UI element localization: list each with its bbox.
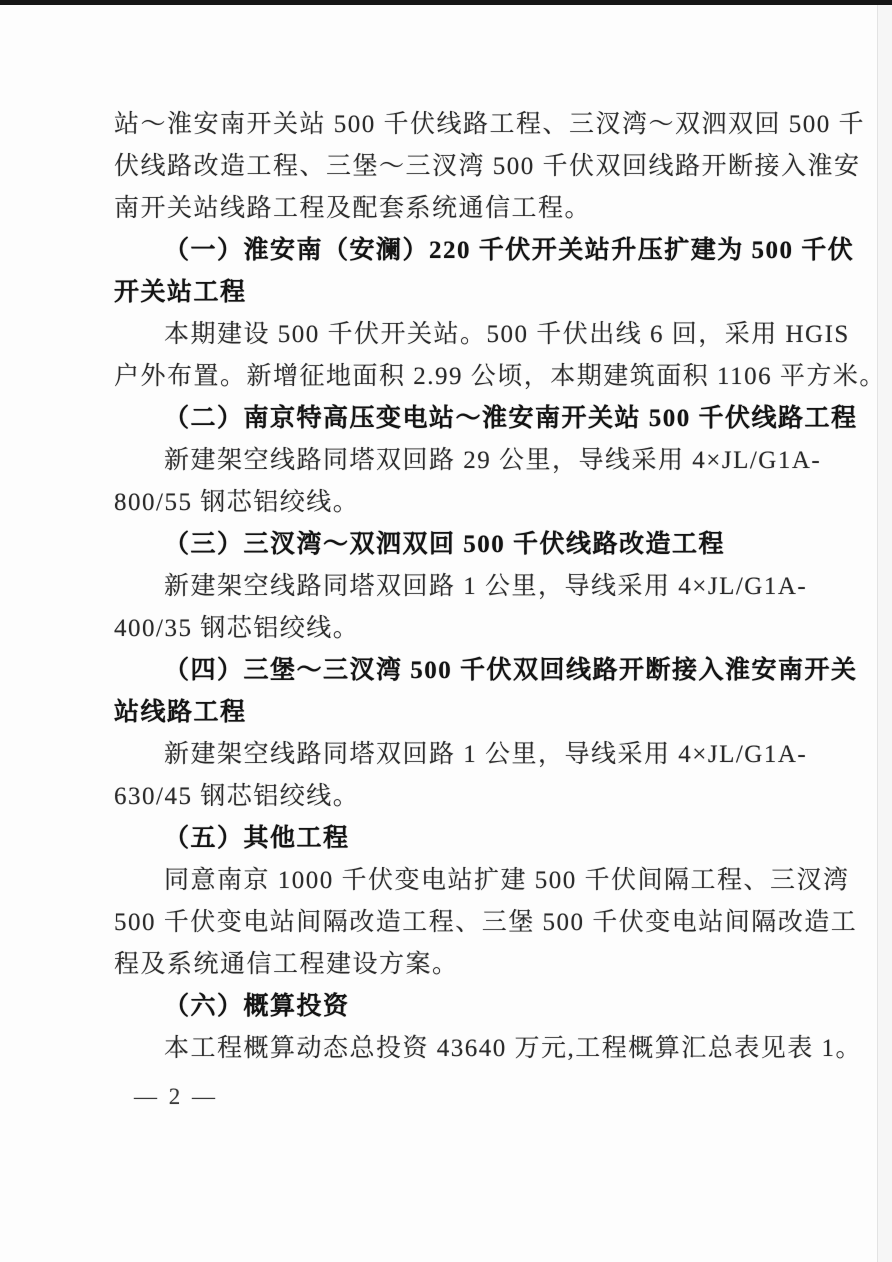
text-line: 新建架空线路同塔双回路 1 公里，导线采用 4×JL/G1A- (114, 566, 800, 608)
text-line: 本工程概算动态总投资 43640 万元,工程概算汇总表见表 1。 (114, 1028, 800, 1070)
text-line: 400/35 钢芯铝绞线。 (114, 608, 800, 650)
section-heading: 开关站工程 (114, 272, 800, 314)
text-line: 500 千伏变电站间隔改造工程、三堡 500 千伏变电站间隔改造工 (114, 902, 800, 944)
text-line: 800/55 钢芯铝绞线。 (114, 482, 800, 524)
section-heading: （五）其他工程 (114, 818, 800, 860)
document-page: 站～淮安南开关站 500 千伏线路工程、三汊湾～双泗双回 500 千 伏线路改造… (0, 0, 892, 1262)
page-number: — 2 — (134, 1080, 218, 1114)
text-line: 同意南京 1000 千伏变电站扩建 500 千伏间隔工程、三汊湾 (114, 860, 800, 902)
section-heading: 站线路工程 (114, 692, 800, 734)
document-body: 站～淮安南开关站 500 千伏线路工程、三汊湾～双泗双回 500 千 伏线路改造… (114, 104, 800, 1070)
section-heading: （四）三堡～三汊湾 500 千伏双回线路开断接入淮安南开关 (114, 650, 800, 692)
section-heading: （二）南京特高压变电站～淮安南开关站 500 千伏线路工程 (114, 398, 800, 440)
text-line: 630/45 钢芯铝绞线。 (114, 776, 800, 818)
text-line: 程及系统通信工程建设方案。 (114, 944, 800, 986)
text-line: 新建架空线路同塔双回路 29 公里，导线采用 4×JL/G1A- (114, 440, 800, 482)
text-line: 南开关站线路工程及配套系统通信工程。 (114, 188, 800, 230)
text-line: 本期建设 500 千伏开关站。500 千伏出线 6 回，采用 HGIS (114, 314, 800, 356)
scan-top-edge-artifact (0, 0, 892, 5)
section-heading: （一）淮安南（安澜）220 千伏开关站升压扩建为 500 千伏 (114, 230, 800, 272)
scan-right-edge-artifact (877, 5, 892, 1262)
section-heading: （六）概算投资 (114, 986, 800, 1028)
text-line: 站～淮安南开关站 500 千伏线路工程、三汊湾～双泗双回 500 千 (114, 104, 800, 146)
text-line: 伏线路改造工程、三堡～三汊湾 500 千伏双回线路开断接入淮安 (114, 146, 800, 188)
text-line: 户外布置。新增征地面积 2.99 公顷，本期建筑面积 1106 平方米。 (114, 356, 800, 398)
text-line: 新建架空线路同塔双回路 1 公里，导线采用 4×JL/G1A- (114, 734, 800, 776)
section-heading: （三）三汊湾～双泗双回 500 千伏线路改造工程 (114, 524, 800, 566)
